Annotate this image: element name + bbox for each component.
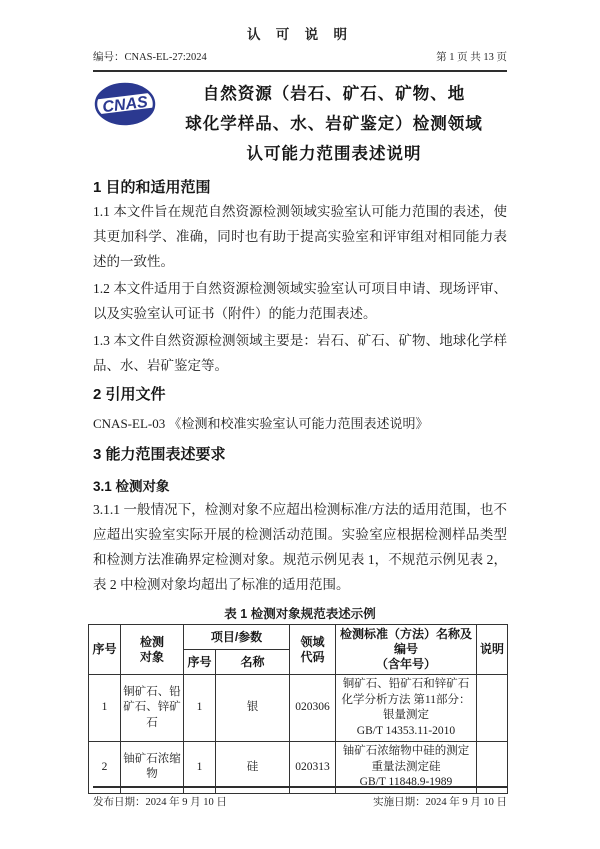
table-row: 1 铜矿石、铅矿石、锌矿石 1 银 020306 铜矿石、铅矿石和锌矿石 化学分… [89,675,508,742]
doc-title: 自然资源（岩石、矿石、矿物、地 球化学样品、水、岩矿鉴定）检测领域 认可能力范围… [161,78,507,169]
page-content: 认 可 说 明 编号：CNAS-EL-27:2024 第 1 页 共 13 页 … [0,0,600,794]
cell-domain-code: 020306 [290,675,336,742]
col-header-domain-code: 领域 代码 [290,625,336,675]
para-1-2: 1.2 本文件适用于自然资源检测领域实验室认可项目申请、现场评审、以及实验室认可… [93,276,507,326]
page-footer: 发布日期：2024 年 9 月 10 日 实施日期：2024 年 9 月 10 … [93,786,507,809]
cell-object: 铜矿石、铅矿石、锌矿石 [121,675,184,742]
header-meta-row: 编号：CNAS-EL-27:2024 第 1 页 共 13 页 [93,51,507,72]
page-number: 第 1 页 共 13 页 [436,51,507,64]
table-header-row-1: 序号 检测 对象 项目/参数 领域 代码 检测标准（方法）名称及 编号 （含年号… [89,625,508,650]
para-1-1: 1.1 本文件旨在规范自然资源检测领域实验室认可能力范围的表述，使其更加科学、准… [93,199,507,274]
doc-number: 编号：CNAS-EL-27:2024 [93,51,207,64]
col-header-note: 说明 [477,625,508,675]
table-1-caption: 表 1 检测对象规范表述示例 [93,607,507,622]
implement-date: 实施日期：2024 年 9 月 10 日 [373,796,507,809]
document-page: 认 可 说 明 编号：CNAS-EL-27:2024 第 1 页 共 13 页 … [0,0,600,849]
table-1-head: 序号 检测 对象 项目/参数 领域 代码 检测标准（方法）名称及 编号 （含年号… [89,625,508,675]
cell-param-seq: 1 [184,675,216,742]
section-2-heading: 2 引用文件 [93,386,507,404]
reference-document: CNAS-EL-03 《检测和校准实验室认可能力范围表述说明》 [93,411,507,436]
doc-title-line1: 自然资源（岩石、矿石、矿物、地 [161,79,507,109]
publish-date: 发布日期：2024 年 9 月 10 日 [93,796,227,809]
col-header-param-group: 项目/参数 [184,625,290,650]
section-3-1-heading: 3.1 检测对象 [93,478,507,495]
doc-title-line3: 认可能力范围表述说明 [161,139,507,169]
col-header-standard: 检测标准（方法）名称及 编号 （含年号） [336,625,477,675]
cell-note [477,675,508,742]
para-3-1-1: 3.1.1 一般情况下，检测对象不应超出检测标准/方法的适用范围，也不应超出实验… [93,497,507,597]
table-1-body: 1 铜矿石、铅矿石、锌矿石 1 银 020306 铜矿石、铅矿石和锌矿石 化学分… [89,675,508,794]
doc-title-line2: 球化学样品、水、岩矿鉴定）检测领域 [161,109,507,139]
cell-seq: 1 [89,675,121,742]
cnas-logo: CNAS [93,78,161,169]
doc-type-header: 认 可 说 明 [93,26,507,43]
col-header-seq: 序号 [89,625,121,675]
col-header-param-seq: 序号 [184,650,216,675]
cell-standard: 铜矿石、铅矿石和锌矿石 化学分析方法 第11部分： 银量测定 GB/T 1435… [336,675,477,742]
table-1: 序号 检测 对象 项目/参数 领域 代码 检测标准（方法）名称及 编号 （含年号… [88,624,508,794]
section-3-heading: 3 能力范围表述要求 [93,446,507,464]
section-1-heading: 1 目的和适用范围 [93,179,507,197]
col-header-object: 检测 对象 [121,625,184,675]
col-header-param-name: 名称 [216,650,290,675]
cell-param-name: 银 [216,675,290,742]
para-1-3: 1.3 本文件自然资源检测领域主要是：岩石、矿石、矿物、地球化学样品、水、岩矿鉴… [93,328,507,378]
cnas-logo-icon: CNAS [93,81,157,127]
masthead: CNAS 自然资源（岩石、矿石、矿物、地 球化学样品、水、岩矿鉴定）检测领域 认… [93,78,507,169]
